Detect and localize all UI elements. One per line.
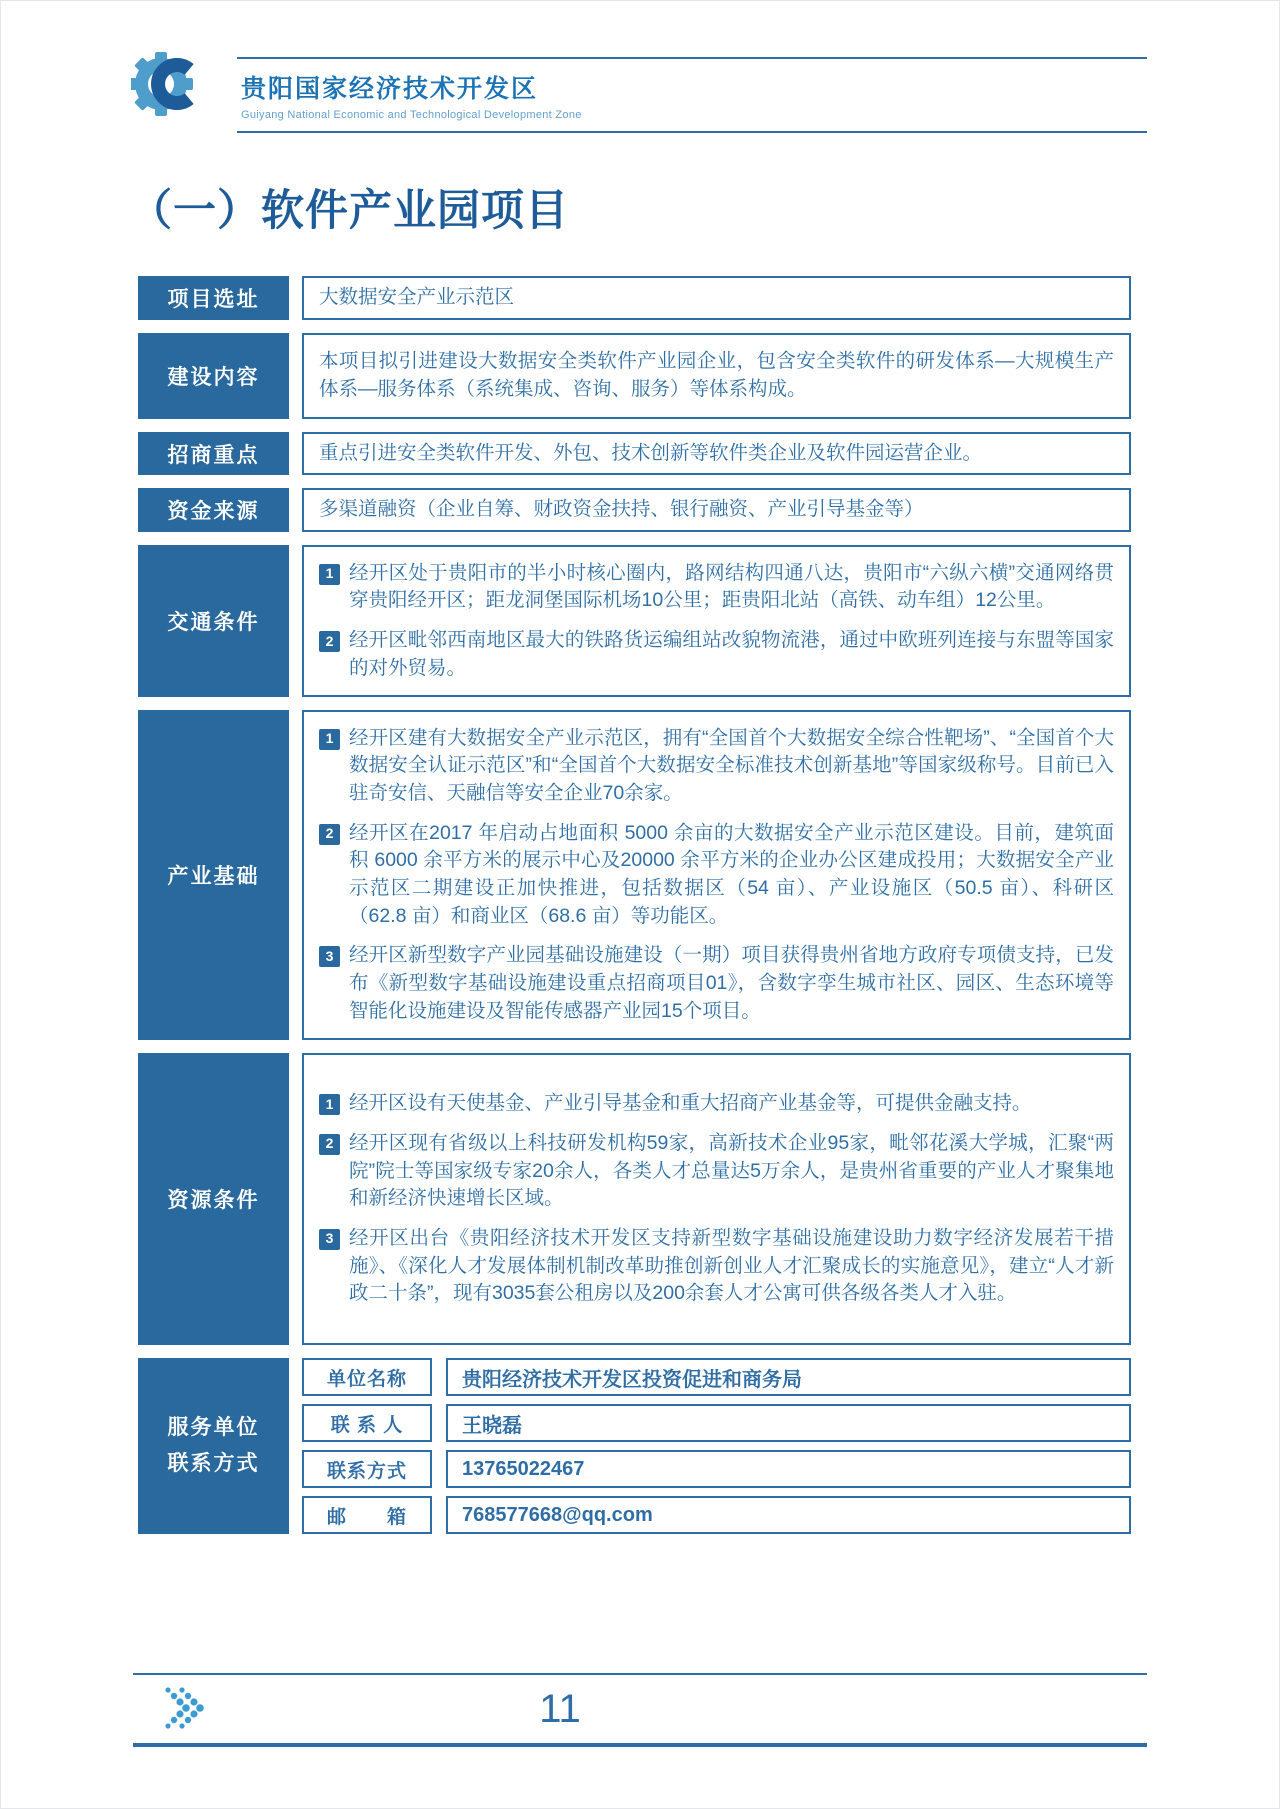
list-item: 2 经开区毗邻西南地区最大的铁路货运编组站改貌物流港，通过中欧班列连接与东盟等国… bbox=[319, 627, 1114, 682]
row-label: 交通条件 bbox=[138, 545, 289, 697]
contact-field-label: 联系方式 bbox=[302, 1450, 432, 1488]
list-item: 1 经开区处于贵阳市的半小时核心圈内，路网结构四通八达，贵阳市“六纵六横”交通网… bbox=[319, 560, 1114, 615]
item-number-badge: 2 bbox=[319, 1134, 340, 1155]
item-number-badge: 3 bbox=[319, 1229, 340, 1250]
gear-logo-icon bbox=[131, 43, 207, 125]
list-item: 1 经开区建有大数据安全产业示范区，拥有“全国首个大数据安全综合性靶场”、“全国… bbox=[319, 725, 1114, 808]
item-number-badge: 2 bbox=[319, 631, 340, 652]
contact-block-label: 服务单位 联系方式 bbox=[138, 1358, 289, 1534]
item-text: 经开区设有天使基金、产业引导基金和重大招商产业基金等，可提供金融支持。 bbox=[349, 1090, 1114, 1118]
contact-field-label: 单位名称 bbox=[302, 1358, 432, 1396]
row-industry-base: 产业基础 1 经开区建有大数据安全产业示范区，拥有“全国首个大数据安全综合性靶场… bbox=[138, 710, 1131, 1040]
row-label: 资源条件 bbox=[138, 1053, 289, 1345]
item-text: 经开区建有大数据安全产业示范区，拥有“全国首个大数据安全综合性靶场”、“全国首个… bbox=[349, 725, 1114, 808]
row-transport: 交通条件 1 经开区处于贵阳市的半小时核心圈内，路网结构四通八达，贵阳市“六纵六… bbox=[138, 545, 1131, 697]
contact-field-value: 贵阳经济技术开发区投资促进和商务局 bbox=[446, 1358, 1131, 1396]
row-content: 重点引进安全类软件开发、外包、技术创新等软件类企业及软件园运营企业。 bbox=[302, 432, 1131, 476]
row-text: 多渠道融资（企业自筹、财政资金扶持、银行融资、产业引导基金等） bbox=[319, 496, 1114, 524]
item-number-badge: 1 bbox=[319, 729, 340, 750]
contact-rows: 单位名称 贵阳经济技术开发区投资促进和商务局 联 系 人 王晓磊 联系方式 13… bbox=[302, 1358, 1131, 1534]
item-number-badge: 1 bbox=[319, 564, 340, 585]
row-site: 项目选址 大数据安全产业示范区 bbox=[138, 276, 1131, 320]
row-content: 1 经开区设有天使基金、产业引导基金和重大招商产业基金等，可提供金融支持。 2 … bbox=[302, 1053, 1131, 1345]
list-item: 2 经开区在2017 年启动占地面积 5000 余亩的大数据安全产业示范区建设。… bbox=[319, 820, 1114, 931]
row-label: 项目选址 bbox=[138, 276, 289, 320]
contact-row-person: 联 系 人 王晓磊 bbox=[302, 1404, 1131, 1442]
row-label: 招商重点 bbox=[138, 432, 289, 476]
item-text: 经开区毗邻西南地区最大的铁路货运编组站改貌物流港，通过中欧班列连接与东盟等国家的… bbox=[349, 627, 1114, 682]
list-item: 3 经开区新型数字产业园基础设施建设（一期）项目获得贵州省地方政府专项债支持，已… bbox=[319, 942, 1114, 1025]
document-page: 贵阳国家经济技术开发区 Guiyang National Economic an… bbox=[0, 0, 1280, 1809]
row-content: 1 经开区建有大数据安全产业示范区，拥有“全国首个大数据安全综合性靶场”、“全国… bbox=[302, 710, 1131, 1040]
contact-field-value: 13765022467 bbox=[446, 1450, 1131, 1488]
row-text: 大数据安全产业示范区 bbox=[319, 284, 1114, 312]
row-label: 资金来源 bbox=[138, 488, 289, 532]
row-construction: 建设内容 本项目拟引进建设大数据安全类软件产业园企业，包含安全类软件的研发体系—… bbox=[138, 333, 1131, 419]
row-content: 本项目拟引进建设大数据安全类软件产业园企业，包含安全类软件的研发体系—大规模生产… bbox=[302, 333, 1131, 419]
page-header: 贵阳国家经济技术开发区 Guiyang National Economic an… bbox=[131, 43, 1147, 133]
contact-field-label: 联 系 人 bbox=[302, 1404, 432, 1442]
row-investment-focus: 招商重点 重点引进安全类软件开发、外包、技术创新等软件类企业及软件园运营企业。 bbox=[138, 432, 1131, 476]
page-title: （一）软件产业园项目 bbox=[129, 177, 1279, 238]
item-number-badge: 3 bbox=[319, 946, 340, 967]
item-text: 经开区现有省级以上科技研发机构59家，高新技术企业95家，毗邻花溪大学城，汇聚“… bbox=[349, 1130, 1114, 1213]
org-name-zh: 贵阳国家经济技术开发区 bbox=[241, 69, 1147, 105]
row-content: 1 经开区处于贵阳市的半小时核心圈内，路网结构四通八达，贵阳市“六纵六横”交通网… bbox=[302, 545, 1131, 697]
list-item: 3 经开区出台《贵阳经济技术开发区支持新型数字基础设施建设助力数字经济发展若干措… bbox=[319, 1225, 1114, 1308]
row-content: 多渠道融资（企业自筹、财政资金扶持、银行融资、产业引导基金等） bbox=[302, 488, 1131, 532]
item-text: 经开区处于贵阳市的半小时核心圈内，路网结构四通八达，贵阳市“六纵六横”交通网络贯… bbox=[349, 560, 1114, 615]
org-name-en: Guiyang National Economic and Technologi… bbox=[241, 109, 1147, 121]
row-funding: 资金来源 多渠道融资（企业自筹、财政资金扶持、银行融资、产业引导基金等） bbox=[138, 488, 1131, 532]
contact-row-unit: 单位名称 贵阳经济技术开发区投资促进和商务局 bbox=[302, 1358, 1131, 1396]
row-label: 产业基础 bbox=[138, 710, 289, 1040]
contact-field-label: 邮 箱 bbox=[302, 1496, 432, 1534]
service-contact-block: 服务单位 联系方式 单位名称 贵阳经济技术开发区投资促进和商务局 联 系 人 王… bbox=[138, 1358, 1131, 1534]
item-text: 经开区在2017 年启动占地面积 5000 余亩的大数据安全产业示范区建设。目前… bbox=[349, 820, 1114, 931]
row-text: 重点引进安全类软件开发、外包、技术创新等软件类企业及软件园运营企业。 bbox=[319, 440, 1114, 468]
header-title-block: 贵阳国家经济技术开发区 Guiyang National Economic an… bbox=[237, 57, 1147, 133]
row-content: 大数据安全产业示范区 bbox=[302, 276, 1131, 320]
row-resources: 资源条件 1 经开区设有天使基金、产业引导基金和重大招商产业基金等，可提供金融支… bbox=[138, 1053, 1131, 1345]
item-number-badge: 1 bbox=[319, 1094, 340, 1115]
item-number-badge: 2 bbox=[319, 824, 340, 845]
row-label: 建设内容 bbox=[138, 333, 289, 419]
page-footer: 11 bbox=[133, 1673, 1147, 1747]
item-text: 经开区新型数字产业园基础设施建设（一期）项目获得贵州省地方政府专项债支持，已发布… bbox=[349, 942, 1114, 1025]
item-text: 经开区出台《贵阳经济技术开发区支持新型数字基础设施建设助力数字经济发展若干措施》… bbox=[349, 1225, 1114, 1308]
contact-row-email: 邮 箱 768577668@qq.com bbox=[302, 1496, 1131, 1534]
contact-label-line1: 服务单位 bbox=[168, 1410, 260, 1446]
contact-label-line2: 联系方式 bbox=[168, 1446, 260, 1482]
page-number: 11 bbox=[133, 1687, 987, 1732]
contact-field-value: 768577668@qq.com bbox=[446, 1496, 1131, 1534]
list-item: 2 经开区现有省级以上科技研发机构59家，高新技术企业95家，毗邻花溪大学城，汇… bbox=[319, 1130, 1114, 1213]
project-info-table: 项目选址 大数据安全产业示范区 建设内容 本项目拟引进建设大数据安全类软件产业园… bbox=[138, 276, 1131, 1345]
contact-row-phone: 联系方式 13765022467 bbox=[302, 1450, 1131, 1488]
contact-field-value: 王晓磊 bbox=[446, 1404, 1131, 1442]
list-item: 1 经开区设有天使基金、产业引导基金和重大招商产业基金等，可提供金融支持。 bbox=[319, 1090, 1114, 1118]
row-text: 本项目拟引进建设大数据安全类软件产业园企业，包含安全类软件的研发体系—大规模生产… bbox=[319, 348, 1114, 403]
